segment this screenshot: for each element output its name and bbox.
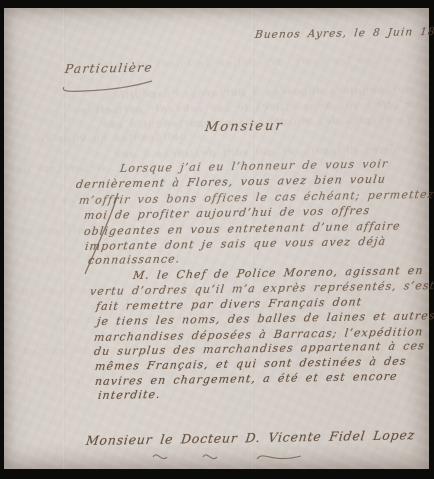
letter-line: connaissance.	[87, 252, 181, 267]
letter-annotation: Particulière	[64, 60, 154, 76]
address-flourish-marks	[145, 448, 315, 464]
annotation-underline-flourish	[58, 78, 158, 94]
photo-backdrop: { "letter": { "dateline": "Buenos Ayres,…	[0, 0, 434, 479]
letter-salutation: Monsieur	[204, 119, 284, 135]
letter-line: interdite.	[97, 388, 161, 402]
